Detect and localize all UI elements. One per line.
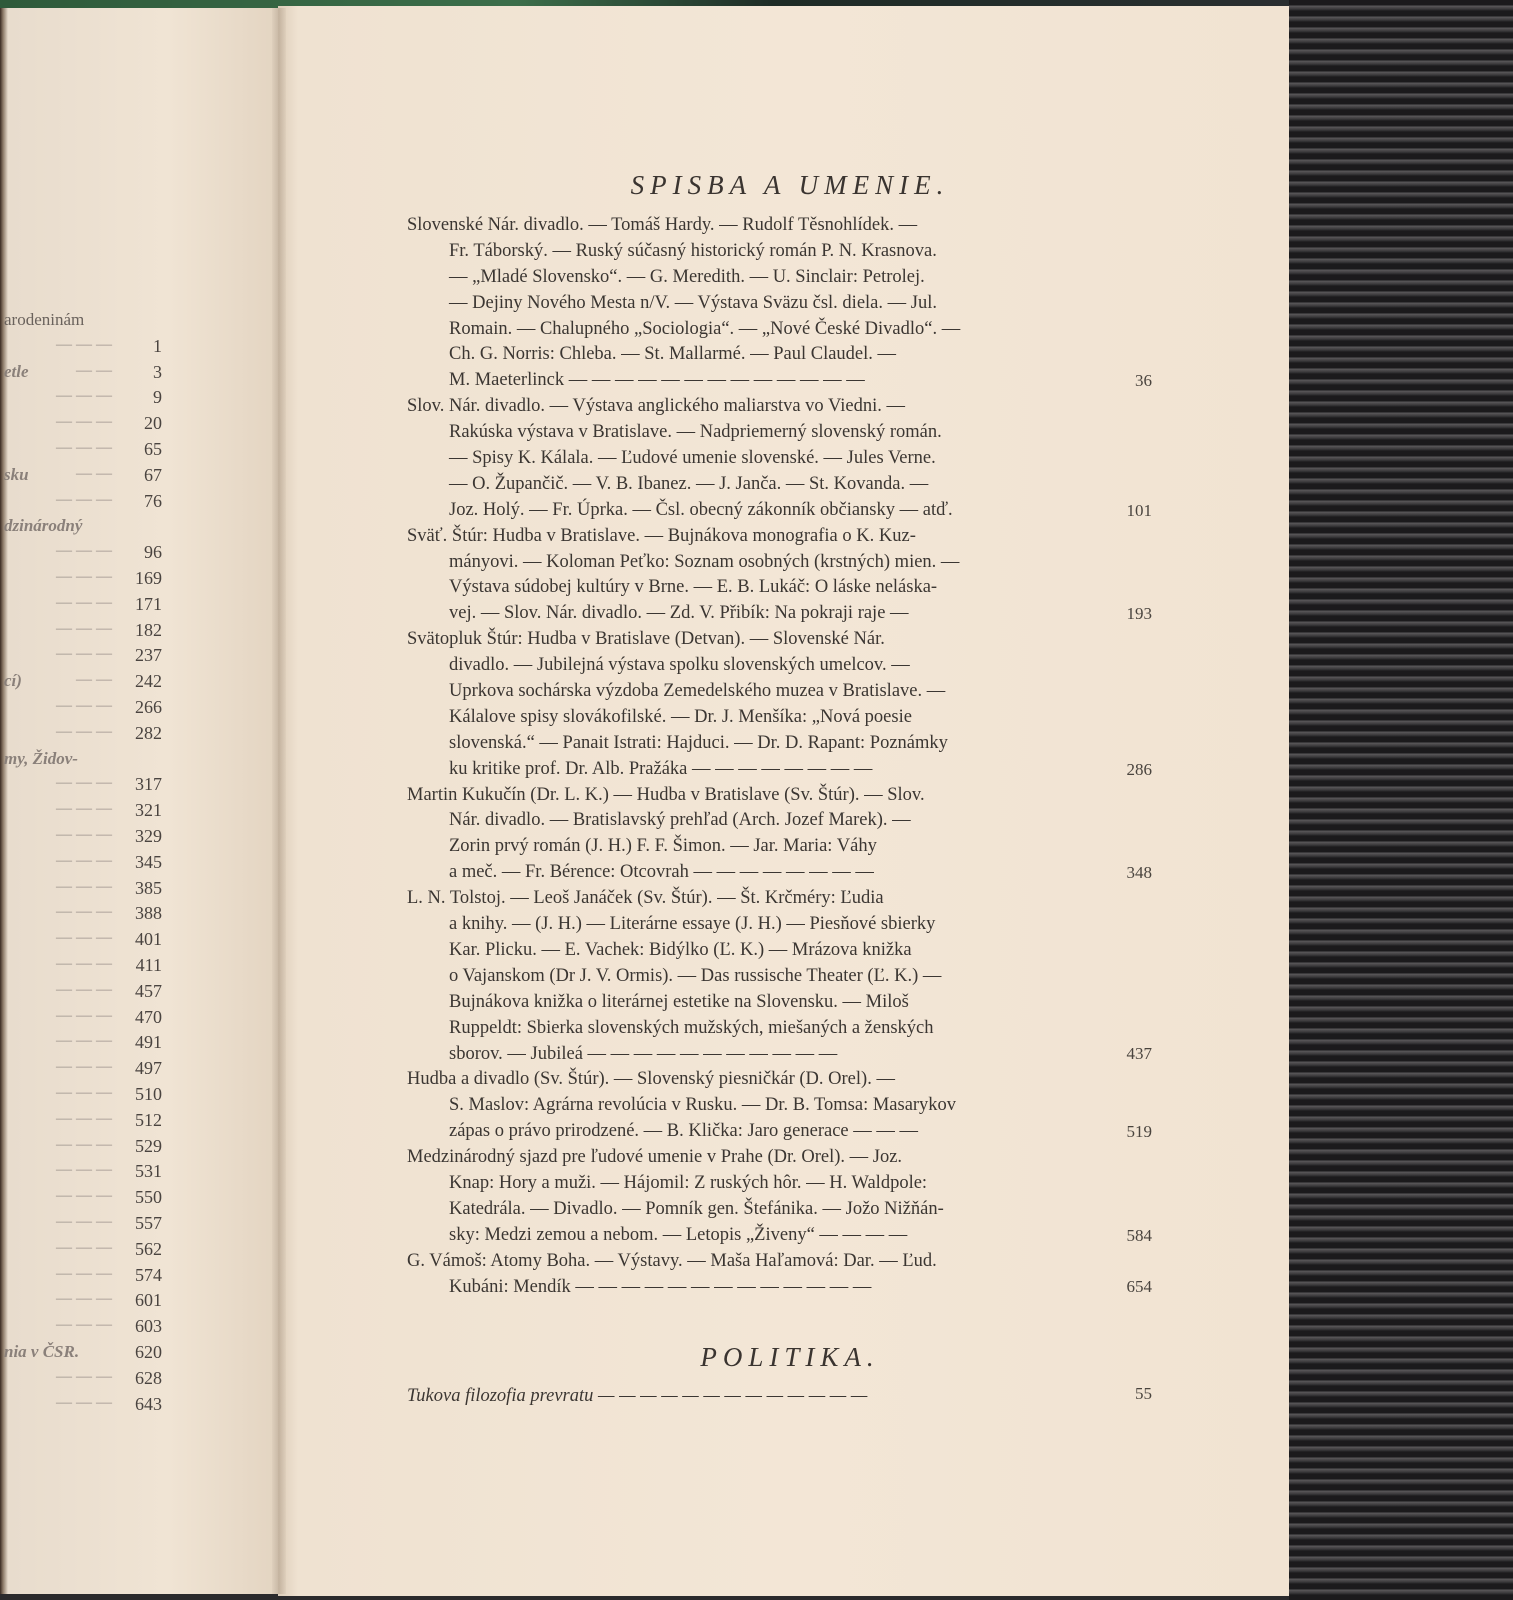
- scanner-background: [1289, 0, 1513, 1600]
- toc-entry-line: — „Mladé Slovensko“. — G. Meredith. — U.…: [407, 265, 1102, 291]
- left-toc-dash-leader: — — —: [6, 697, 112, 715]
- left-toc-dash-leader: — — —: [6, 336, 112, 354]
- toc-entry: Svätopluk Štúr: Hudba v Bratislave (Detv…: [407, 627, 1152, 782]
- toc-page-number: 55: [1135, 1384, 1152, 1404]
- toc-entry-line: divadlo. — Jubilejná výstava spolku slov…: [407, 653, 1102, 679]
- left-toc-page-number: 470: [112, 1007, 162, 1028]
- left-toc-row: — — —510: [0, 1084, 170, 1108]
- toc-entry-line: Bujnákova knižka o literárnej estetike n…: [407, 990, 1102, 1016]
- left-toc-page-number: 411: [112, 955, 162, 976]
- left-page: arodeninám— — —1etle— —3— — —9— — —20— —…: [0, 8, 280, 1594]
- toc-page-number: 36: [1135, 371, 1152, 391]
- left-toc-dash-leader: — — —: [6, 929, 112, 947]
- left-toc-row: — — —562: [0, 1239, 170, 1263]
- toc-page-number: 584: [1127, 1226, 1153, 1246]
- toc-entry-line: Zorin prvý román (J. H.) F. F. Šimon. — …: [407, 834, 1102, 860]
- left-toc-dash-leader: — — —: [6, 1187, 112, 1205]
- left-toc-dash-leader: — — —: [6, 387, 112, 405]
- toc-entry-line: Hudba a divadlo (Sv. Štúr). — Slovenský …: [407, 1067, 1102, 1093]
- toc-entry-line: Slov. Nár. divadlo. — Výstava anglického…: [407, 394, 1102, 420]
- toc-entry: Slov. Nár. divadlo. — Výstava anglického…: [407, 394, 1152, 523]
- toc-entry-line: Kubáni: Mendík — — — — — — — — — — — — —: [407, 1275, 1102, 1301]
- toc-entry-line: mányovi. — Koloman Peťko: Soznam osobnýc…: [407, 550, 1102, 576]
- left-toc-dash-leader: — — —: [6, 878, 112, 896]
- left-toc-fragment: dzinárodný: [4, 516, 82, 536]
- left-toc-page-number: 491: [112, 1032, 162, 1053]
- section-title-politika: POLITIKA.: [410, 1342, 1170, 1373]
- section-title-spisba: SPISBA A UMENIE.: [410, 170, 1170, 201]
- left-toc-row: — — —401: [0, 929, 170, 953]
- left-toc-page-number: 3: [112, 362, 162, 383]
- left-toc-row: — — —321: [0, 800, 170, 824]
- left-toc-dash-leader: — — —: [6, 1058, 112, 1076]
- left-toc-page-number: 96: [112, 542, 162, 563]
- left-toc-dash-leader: — — —: [6, 645, 112, 663]
- toc-entry-line: L. N. Tolstoj. — Leoš Janáček (Sv. Štúr)…: [407, 886, 1102, 912]
- left-toc-page-number: 401: [112, 929, 162, 950]
- left-toc-dash-leader: — — —: [6, 594, 112, 612]
- toc-entry-line: Knap: Hory a muži. — Hájomil: Z ruských …: [407, 1171, 1102, 1197]
- toc-entry-line: — O. Župančič. — V. B. Ibanez. — J. Janč…: [407, 472, 1102, 498]
- left-toc-row: — — —237: [0, 645, 170, 669]
- left-toc-page-number: 237: [112, 645, 162, 666]
- left-toc-page-number: 67: [112, 465, 162, 486]
- toc-entry-line: S. Maslov: Agrárna revolúcia v Rusku. — …: [407, 1093, 1102, 1119]
- left-toc-page-number: 531: [112, 1161, 162, 1182]
- left-toc-row: — — —411: [0, 955, 170, 979]
- left-toc-page-number: 557: [112, 1213, 162, 1234]
- toc-entry-line: Martin Kukučín (Dr. L. K.) — Hudba v Bra…: [407, 783, 1102, 809]
- left-toc-row: — — —1: [0, 336, 170, 360]
- left-toc-dash-leader: — — —: [6, 1136, 112, 1154]
- toc-entry-line: ku kritike prof. Dr. Alb. Pražáka — — — …: [407, 757, 1102, 783]
- toc-entry-line: — Spisy K. Kálala. — Ľudové umenie slove…: [407, 446, 1102, 472]
- left-toc-page-number: 329: [112, 826, 162, 847]
- toc-entry-line: Svätopluk Štúr: Hudba v Bratislave (Detv…: [407, 627, 1102, 653]
- toc-page-number: 519: [1127, 1122, 1153, 1142]
- left-toc-row: — — —329: [0, 826, 170, 850]
- left-toc-page-number: 20: [112, 413, 162, 434]
- toc-page-number: 437: [1127, 1044, 1153, 1064]
- toc-page-number: 193: [1127, 604, 1153, 624]
- toc-entry: G. Vámoš: Atomy Boha. — Výstavy. — Maša …: [407, 1249, 1152, 1301]
- toc-entry-line: Joz. Holý. — Fr. Úprka. — Čsl. obecný zá…: [407, 498, 1102, 524]
- toc-entry-line: Kálalove spisy slovákofilské. — Dr. J. M…: [407, 705, 1102, 731]
- left-toc-row: — — —266: [0, 697, 170, 721]
- left-toc-page-number: 317: [112, 774, 162, 795]
- toc-entry: Medzinárodný sjazd pre ľudové umenie v P…: [407, 1145, 1152, 1249]
- left-toc-dash-leader: — — —: [6, 542, 112, 560]
- left-toc-row: — — —96: [0, 542, 170, 566]
- left-toc-row: — — —601: [0, 1290, 170, 1314]
- left-toc-row: — — —65: [0, 439, 170, 463]
- toc-entry-line: slovenská.“ — Panait Istrati: Hajduci. —…: [407, 731, 1102, 757]
- left-toc-dash-leader: — — —: [6, 1290, 112, 1308]
- toc-entry-line: sborov. — Jubileá — — — — — — — — — — —: [407, 1042, 1102, 1068]
- left-toc-row: — — —470: [0, 1007, 170, 1031]
- toc-entry-line: zápas o právo prirodzené. — B. Klička: J…: [407, 1119, 1102, 1145]
- toc-page-number: 286: [1127, 760, 1153, 780]
- left-toc-row: sku— —67: [0, 465, 170, 489]
- left-toc-row: — — —457: [0, 981, 170, 1005]
- left-toc-row: arodeninám: [0, 310, 170, 334]
- left-toc-dash-leader: — — —: [6, 1161, 112, 1179]
- left-toc-dash-leader: — —: [6, 362, 112, 380]
- toc-entry-line: Uprkova sochárska výzdoba Zemedelského m…: [407, 679, 1102, 705]
- left-toc-dash-leader: — — —: [6, 1239, 112, 1257]
- toc-entry-line: Romain. — Chalupného „Sociologia“. — „No…: [407, 317, 1102, 343]
- left-toc-dash-leader: — — —: [6, 723, 112, 741]
- left-toc-row: dzinárodný: [0, 516, 170, 540]
- left-toc-row: — — —628: [0, 1368, 170, 1392]
- toc-page-number: 348: [1127, 863, 1153, 883]
- left-toc-dash-leader: — — —: [6, 491, 112, 509]
- toc-entry-line: o Vajanskom (Dr J. V. Ormis). — Das russ…: [407, 964, 1102, 990]
- left-toc-page-number: 321: [112, 800, 162, 821]
- toc-entry: Hudba a divadlo (Sv. Štúr). — Slovenský …: [407, 1067, 1152, 1145]
- left-toc-page-number: 385: [112, 878, 162, 899]
- left-toc-row: — — —171: [0, 594, 170, 618]
- left-toc-page-number: 550: [112, 1187, 162, 1208]
- toc-entry-line: M. Maeterlinck — — — — — — — — — — — — —: [407, 368, 1102, 394]
- left-toc-page-number: 182: [112, 620, 162, 641]
- left-toc-dash-leader: — — —: [6, 774, 112, 792]
- left-toc-dash-leader: — — —: [6, 1394, 112, 1412]
- left-toc-page-number: 9: [112, 387, 162, 408]
- left-toc-row: — — —76: [0, 491, 170, 515]
- toc-entry-line: Ch. G. Norris: Chleba. — St. Mallarmé. —…: [407, 342, 1102, 368]
- left-toc-row: — — —317: [0, 774, 170, 798]
- left-toc-page-number: 1: [112, 336, 162, 357]
- left-toc-page-number: 601: [112, 1290, 162, 1311]
- toc-entry-line: Katedrála. — Divadlo. — Pomník gen. Štef…: [407, 1197, 1102, 1223]
- left-toc-page-number: 242: [112, 671, 162, 692]
- toc-entry-line: a knihy. — (J. H.) — Literárne essaye (J…: [407, 912, 1102, 938]
- toc-entry-line: Rakúska výstava v Bratislave. — Nadpriem…: [407, 420, 1102, 446]
- left-toc-row: — — —603: [0, 1316, 170, 1340]
- left-toc-page-number: 388: [112, 903, 162, 924]
- left-toc-dash-leader: — — —: [6, 981, 112, 999]
- left-toc-row: — — —388: [0, 903, 170, 927]
- left-toc-dash-leader: — — —: [6, 1213, 112, 1231]
- left-toc-page-number: 266: [112, 697, 162, 718]
- left-toc-row: — — —345: [0, 852, 170, 876]
- toc-entry-line: Kar. Plicku. — E. Vachek: Bidýlko (Ľ. K.…: [407, 938, 1102, 964]
- left-toc-fragment: my, Židov-: [4, 749, 78, 769]
- left-toc-page-number: 497: [112, 1058, 162, 1079]
- left-toc-page-number: 510: [112, 1084, 162, 1105]
- left-toc-row: — — —385: [0, 878, 170, 902]
- toc-entry-line: Ruppeldt: Sbierka slovenských mužských, …: [407, 1016, 1102, 1042]
- left-toc-row: my, Židov-: [0, 749, 170, 773]
- left-toc-page-number: 169: [112, 568, 162, 589]
- left-toc-row: — — —169: [0, 568, 170, 592]
- left-toc-row: — — —282: [0, 723, 170, 747]
- toc-entry-line: — Dejiny Nového Mesta n/V. — Výstava Svä…: [407, 291, 1102, 317]
- left-toc-dash-leader: — — —: [6, 955, 112, 973]
- left-toc-page-number: 65: [112, 439, 162, 460]
- left-toc-row: etle— —3: [0, 362, 170, 386]
- left-toc-dash-leader: — — —: [6, 1316, 112, 1334]
- toc-entries: Slovenské Nár. divadlo. — Tomáš Hardy. —…: [407, 213, 1152, 1300]
- left-toc-row: — — —9: [0, 387, 170, 411]
- left-toc-page-number: 562: [112, 1239, 162, 1260]
- left-toc-row: — — —20: [0, 413, 170, 437]
- toc-page-number: 654: [1127, 1277, 1153, 1297]
- left-toc-row: — — —491: [0, 1032, 170, 1056]
- left-toc-page-number: 628: [112, 1368, 162, 1389]
- left-toc-dash-leader: — — —: [6, 413, 112, 431]
- left-toc-dash-leader: — — —: [6, 1110, 112, 1128]
- toc-entry: Martin Kukučín (Dr. L. K.) — Hudba v Bra…: [407, 783, 1152, 887]
- toc-entry-line: Slovenské Nár. divadlo. — Tomáš Hardy. —…: [407, 213, 1102, 239]
- left-toc-row: — — —182: [0, 620, 170, 644]
- toc-entry: Tukova filozofia prevratu — — — — — — — …: [407, 1384, 1152, 1410]
- toc-entry-line: a meč. — Fr. Bérence: Otcovrah — — — — —…: [407, 860, 1102, 886]
- left-toc-dash-leader: — —: [6, 671, 112, 689]
- left-toc-row: — — —531: [0, 1161, 170, 1185]
- left-toc-dash-leader: — — —: [6, 826, 112, 844]
- left-toc-fragment: arodeninám: [4, 310, 84, 330]
- left-toc-row: — — —512: [0, 1110, 170, 1134]
- left-toc-dash-leader: — — —: [6, 903, 112, 921]
- left-toc-dash-leader: — — —: [6, 852, 112, 870]
- left-toc-page-number: 457: [112, 981, 162, 1002]
- left-toc-dash-leader: — — —: [6, 1368, 112, 1386]
- left-toc-page-number: 643: [112, 1394, 162, 1415]
- toc-entry-line: vej. — Slov. Nár. divadlo. — Zd. V. Přib…: [407, 601, 1102, 627]
- left-toc-dash-leader: — — —: [6, 1265, 112, 1283]
- toc-entry-line: sky: Medzi zemou a nebom. — Letopis „Živ…: [407, 1223, 1102, 1249]
- left-toc-dash-leader: — — —: [6, 568, 112, 586]
- toc-entry-line: Sväť. Štúr: Hudba v Bratislave. — Bujnák…: [407, 524, 1102, 550]
- toc-entry: Slovenské Nár. divadlo. — Tomáš Hardy. —…: [407, 213, 1152, 394]
- left-toc-dash-leader: — —: [6, 465, 112, 483]
- toc-entry-line: Fr. Táborský. — Ruský súčasný historický…: [407, 239, 1102, 265]
- left-toc-page-number: 620: [112, 1342, 162, 1363]
- left-toc-row: — — —497: [0, 1058, 170, 1082]
- toc-entry-line: G. Vámoš: Atomy Boha. — Výstavy. — Maša …: [407, 1249, 1102, 1275]
- toc-entry-line: Výstava súdobej kultúry v Brne. — E. B. …: [407, 575, 1102, 601]
- toc-page-number: 101: [1127, 501, 1153, 521]
- left-toc-page-number: 76: [112, 491, 162, 512]
- toc-entry-line: Tukova filozofia prevratu — — — — — — — …: [407, 1384, 1102, 1410]
- left-toc-row: nia v ČSR.620: [0, 1342, 170, 1366]
- left-toc-page-number: 282: [112, 723, 162, 744]
- toc-entry: Sväť. Štúr: Hudba v Bratislave. — Bujnák…: [407, 524, 1152, 628]
- left-toc-page-number: 345: [112, 852, 162, 873]
- left-toc-page-number: 171: [112, 594, 162, 615]
- left-toc-page-number: 574: [112, 1265, 162, 1286]
- left-toc-row: — — —550: [0, 1187, 170, 1211]
- toc-entry-line: Medzinárodný sjazd pre ľudové umenie v P…: [407, 1145, 1102, 1171]
- toc-entry-line: Nár. divadlo. — Bratislavský prehľad (Ar…: [407, 808, 1102, 834]
- book-gutter: [272, 8, 286, 1594]
- left-toc-page-number: 512: [112, 1110, 162, 1131]
- left-toc-page-number: 529: [112, 1136, 162, 1157]
- left-toc-row: — — —557: [0, 1213, 170, 1237]
- left-toc-row: — — —574: [0, 1265, 170, 1289]
- left-toc-page-number: 603: [112, 1316, 162, 1337]
- left-toc-dash-leader: — — —: [6, 1007, 112, 1025]
- left-toc-dash-leader: — — —: [6, 1032, 112, 1050]
- left-toc-row: — — —529: [0, 1136, 170, 1160]
- left-toc-dash-leader: — — —: [6, 439, 112, 457]
- left-toc-fragment: nia v ČSR.: [4, 1342, 79, 1362]
- left-toc-dash-leader: — — —: [6, 1084, 112, 1102]
- left-toc-dash-leader: — — —: [6, 800, 112, 818]
- left-toc-row: — — —643: [0, 1394, 170, 1418]
- toc-entry: L. N. Tolstoj. — Leoš Janáček (Sv. Štúr)…: [407, 886, 1152, 1067]
- left-toc-dash-leader: — — —: [6, 620, 112, 638]
- left-toc-row: cí)— —242: [0, 671, 170, 695]
